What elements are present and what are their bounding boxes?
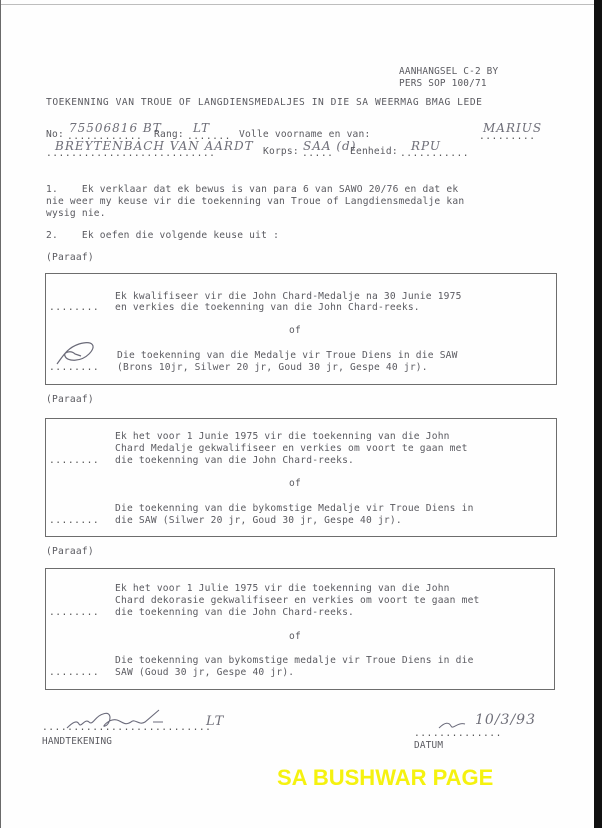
signature-line[interactable]: ........................... [42,722,211,733]
option-1b-line-1: Die toekenning van die Medalje vir Troue… [117,350,458,361]
rank-field-value[interactable]: LT [193,121,210,135]
option-2a-line-2: Chard Medalje gekwalifiseer en verkies o… [115,443,468,454]
paraaf-label-1: (Paraaf) [46,252,94,263]
document-page: AANHANGSEL C-2 BY PERS SOP 100/71 TOEKEN… [0,0,595,828]
scan-edge [594,0,602,828]
option-2b-line-1: Die toekenning van die bykomstige Medalj… [115,503,474,514]
option-3b-initial-dots[interactable]: ........ [49,667,99,678]
unit-field-value[interactable]: RPU [411,139,441,153]
paragraph-1-line-1: 1. Ek verklaar dat ek bewus is van para … [46,184,458,195]
option-2-or: of [289,478,301,489]
date-line: .............. [414,728,502,739]
paragraph-1-line-3: wysig nie. [46,208,106,219]
unit-label: Eenheid: [350,146,398,157]
option-3a-line-1: Ek het voor 1 Julie 1975 vir die toekenn… [115,583,450,594]
fullname-field-value-2[interactable]: BREYTENBACH VAN AARDT [55,139,254,153]
paragraph-2: 2. Ek oefen die volgende keuse uit : [46,230,279,241]
option-1a-line-1: Ek kwalifiseer vir die John Chard-Medalj… [115,291,462,302]
no-field-value[interactable]: 75506816 BT [69,121,162,135]
option-1b-line-2: (Brons 10jr, Silwer 20 jr, Goud 30 jr, G… [117,362,428,373]
option-3a-initial-dots[interactable]: ........ [49,607,99,618]
corps-field-value[interactable]: SAA (d) [303,139,356,153]
paraaf-label-3: (Paraaf) [46,546,94,557]
annex-reference: AANHANGSEL C-2 BY [399,66,498,77]
option-1a-line-2: en verkies die toekenning van die John C… [115,302,420,313]
option-2a-line-1: Ek het voor 1 Junie 1975 vir die toekenn… [115,431,450,442]
document-title: TOEKENNING VAN TROUE OF LANGDIENSMEDALJE… [46,97,483,108]
corps-label: Korps: [263,146,299,157]
date-value[interactable]: 10/3/93 [475,712,536,728]
watermark-text: SA BUSHWAR PAGE [277,765,493,791]
option-1a-initial-dots[interactable]: ........ [49,302,99,313]
option-3a-line-3: die toekenning van die John Chard-reeks. [115,607,354,618]
paragraph-1-line-2: nie weer my keuse vir die toekenning van… [46,196,464,207]
option-1b-initial-dots[interactable]: ........ [49,362,99,373]
annex-sop: PERS SOP 100/71 [399,78,487,89]
option-3b-line-2: SAW (Goud 30 jr, Gespe 40 jr). [115,667,294,678]
option-2b-line-2: die SAW (Silwer 20 jr, Goud 30 jr, Gespe… [115,515,402,526]
option-3a-line-2: Chard dekorasie gekwalifiseer en verkies… [115,595,480,606]
page-top-edge [1,4,595,5]
date-label: DATUM [414,740,443,751]
signature-label: HANDTEKENING [42,736,112,747]
fullname-field-value-1[interactable]: MARIUS [483,121,542,135]
paraaf-label-2: (Paraaf) [46,394,94,405]
option-2a-line-3: die toekenning van die John Chard-reeks. [115,455,354,466]
option-2b-initial-dots[interactable]: ........ [49,515,99,526]
option-1-or: of [289,325,301,336]
option-2a-initial-dots[interactable]: ........ [49,455,99,466]
option-3b-line-1: Die toekenning van bykomstige medalje vi… [115,655,474,666]
option-3-or: of [289,631,301,642]
